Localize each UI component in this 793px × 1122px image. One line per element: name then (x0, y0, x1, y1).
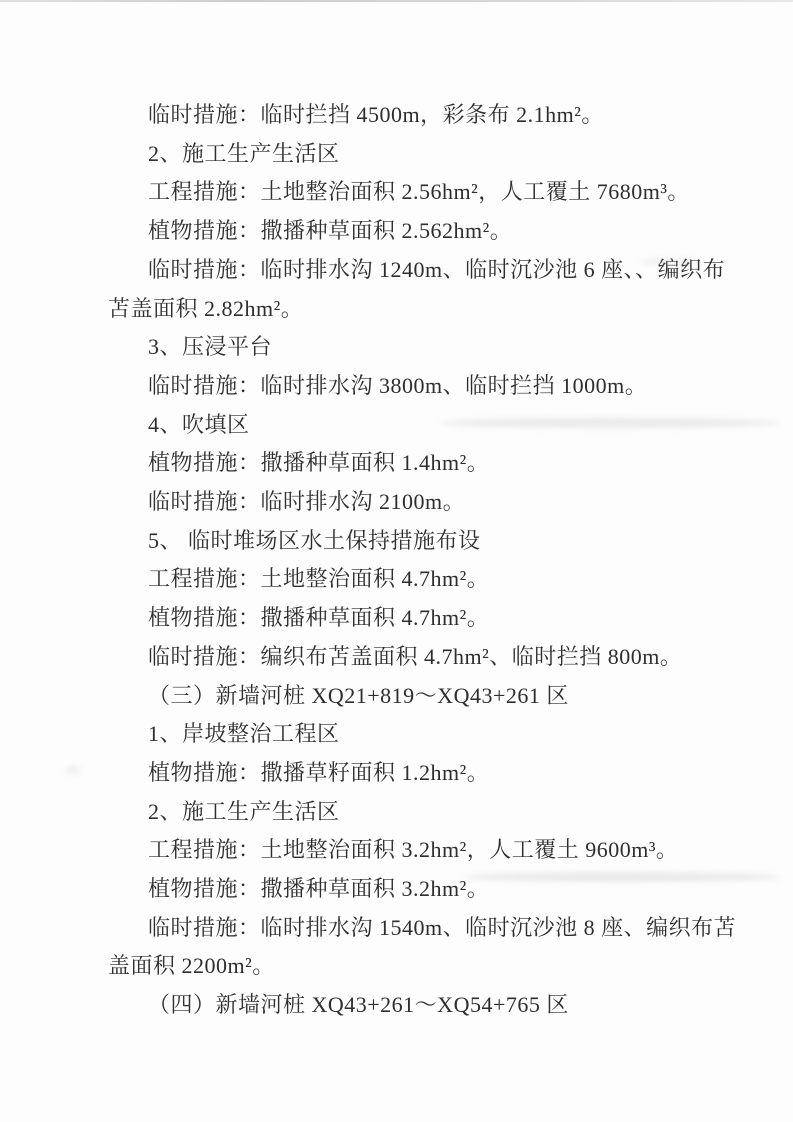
scan-artifact (66, 766, 80, 774)
text-line: 苫盖面积 2.82hm²。 (108, 290, 728, 329)
scan-artifact (440, 418, 780, 428)
text-line: 3、压浸平台 (108, 328, 728, 367)
text-line: 植物措施：撒播种草面积 1.4hm²。 (108, 444, 728, 483)
text-line: 临时措施：临时排水沟 2100m。 (108, 483, 728, 522)
text-line: 2、施工生产生活区 (108, 135, 728, 174)
text-line: 2、施工生产生活区 (108, 793, 728, 832)
text-line: 临时措施：临时拦挡 4500m，彩条布 2.1hm²。 (108, 96, 728, 135)
text-line: 临时措施：临时排水沟 1540m、临时沉沙池 8 座、编织布苫 (108, 909, 728, 948)
text-line: 临时措施：临时排水沟 1240m、临时沉沙池 6 座、、编织布 (108, 251, 728, 290)
scan-artifact (640, 258, 700, 265)
text-line: 工程措施：土地整治面积 3.2hm²，人工覆土 9600m³。 (108, 831, 728, 870)
text-line: 盖面积 2200m²。 (108, 947, 728, 986)
scan-edge-top (0, 0, 793, 2)
text-line: 临时措施：临时排水沟 3800m、临时拦挡 1000m。 (108, 367, 728, 406)
text-line: 工程措施：土地整治面积 4.7hm²。 (108, 560, 728, 599)
document-page: 临时措施：临时拦挡 4500m，彩条布 2.1hm²。2、施工生产生活区工程措施… (0, 0, 793, 1122)
text-line: 植物措施：撒播种草面积 4.7hm²。 (108, 599, 728, 638)
text-line: 临时措施：编织布苫盖面积 4.7hm²、临时拦挡 800m。 (108, 638, 728, 677)
text-line: 植物措施：撒播草籽面积 1.2hm²。 (108, 754, 728, 793)
document-body-text: 临时措施：临时拦挡 4500m，彩条布 2.1hm²。2、施工生产生活区工程措施… (108, 96, 728, 1025)
text-line: 1、岸坡整治工程区 (108, 715, 728, 754)
scan-artifact (465, 872, 780, 882)
text-line: 工程措施：土地整治面积 2.56hm²，人工覆土 7680m³。 (108, 173, 728, 212)
text-line: （四）新墙河桩 XQ43+261～XQ54+765 区 (108, 986, 728, 1025)
text-line: 植物措施：撒播种草面积 2.562hm²。 (108, 212, 728, 251)
text-line: 5、 临时堆场区水土保持措施布设 (108, 522, 728, 561)
text-line: （三）新墙河桩 XQ21+819～XQ43+261 区 (108, 677, 728, 716)
